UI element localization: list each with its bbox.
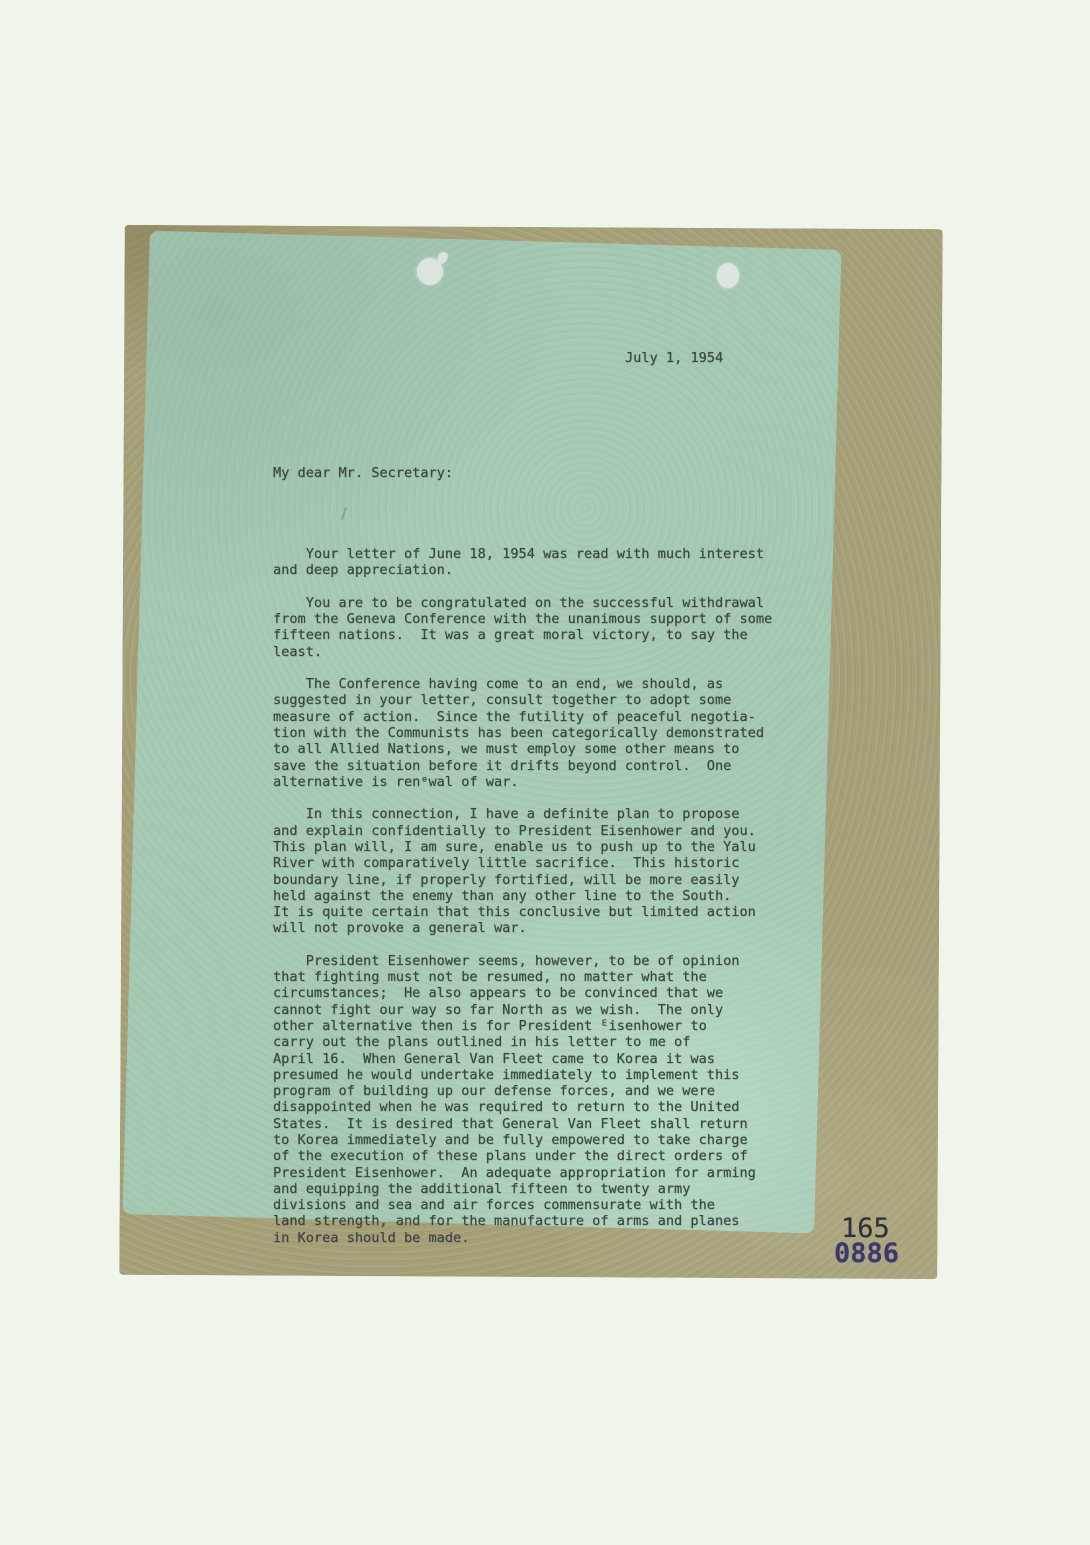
letter-line: alternative is renᵉwal of war. (273, 774, 772, 790)
letter-line: suggested in your letter, consult togeth… (273, 692, 772, 708)
letter-content: July 1, 1954 My dear Mr. Secretary: Your… (0, 0, 1090, 1545)
letter-line: held against the enemy than any other li… (273, 888, 772, 904)
letter-line: disappointed when he was required to ret… (273, 1099, 772, 1115)
letter-line: President Eisenhower seems, however, to … (273, 953, 772, 969)
letter-line: and explain confidentially to President … (273, 823, 772, 839)
letter-line: tion with the Communists has been catego… (273, 725, 772, 741)
letter-line: program of building up our defense force… (273, 1083, 772, 1099)
letter-line: In this connection, I have a definite pl… (273, 806, 772, 822)
letter-line: divisions and sea and air forces commens… (273, 1197, 772, 1213)
letter-line: President Eisenhower. An adequate approp… (273, 1165, 772, 1181)
paragraph: Your letter of June 18, 1954 was read wi… (273, 546, 772, 579)
letter-line: This plan will, I am sure, enable us to … (273, 839, 772, 855)
letter-line: save the situation before it drifts beyo… (273, 758, 772, 774)
letter-line: land strength, and for the manufacture o… (273, 1213, 772, 1229)
letter-line: You are to be congratulated on the succe… (273, 595, 772, 611)
letter-line: presumed he would undertake immediately … (273, 1067, 772, 1083)
letter-line: to Korea immediately and be fully empowe… (273, 1132, 772, 1148)
letter-line: fifteen nations. It was a great moral vi… (273, 627, 772, 643)
letter-line: and equipping the additional fifteen to … (273, 1181, 772, 1197)
paragraph: In this connection, I have a definite pl… (273, 806, 772, 936)
salutation: My dear Mr. Secretary: (273, 465, 772, 481)
letter-line: States. It is desired that General Van F… (273, 1116, 772, 1132)
letter-line: of the execution of these plans under th… (273, 1148, 772, 1164)
letter-line: that fighting must not be resumed, no ma… (273, 969, 772, 985)
letter-line: Your letter of June 18, 1954 was read wi… (273, 546, 772, 562)
letter-body: My dear Mr. Secretary: Your letter of Ju… (273, 432, 772, 1262)
paragraph: The Conference having come to an end, we… (273, 676, 772, 790)
letter-line: circumstances; He also appears to be con… (273, 985, 772, 1001)
letter-line: from the Geneva Conference with the unan… (273, 611, 772, 627)
letter-date: July 1, 1954 (625, 350, 723, 366)
paragraph: President Eisenhower seems, however, to … (273, 953, 772, 1246)
letter-line: and deep appreciation. (273, 562, 772, 578)
letter-line: other alternative then is for President … (273, 1018, 772, 1034)
letter-line: least. (273, 644, 772, 660)
letter-line: cannot fight our way so far North as we … (273, 1002, 772, 1018)
letter-line: measure of action. Since the futility of… (273, 709, 772, 725)
letter-line: carry out the plans outlined in his lett… (273, 1034, 772, 1050)
letter-line: will not provoke a general war. (273, 920, 772, 936)
paragraph: You are to be congratulated on the succe… (273, 595, 772, 660)
letter-line: The Conference having come to an end, we… (273, 676, 772, 692)
letter-line: boundary line, if properly fortified, wi… (273, 872, 772, 888)
scan-background: July 1, 1954 My dear Mr. Secretary: Your… (0, 0, 1090, 1545)
letter-line: April 16. When General Van Fleet came to… (273, 1051, 772, 1067)
letter-line: It is quite certain that this conclusive… (273, 904, 772, 920)
letter-line: to all Allied Nations, we must employ so… (273, 741, 772, 757)
letter-line: River with comparatively little sacrific… (273, 855, 772, 871)
stamp-number-bottom: 0886 (834, 1241, 899, 1267)
archive-stamp: 165 0886 (834, 1217, 899, 1267)
letter-line: in Korea should be made. (273, 1230, 772, 1246)
